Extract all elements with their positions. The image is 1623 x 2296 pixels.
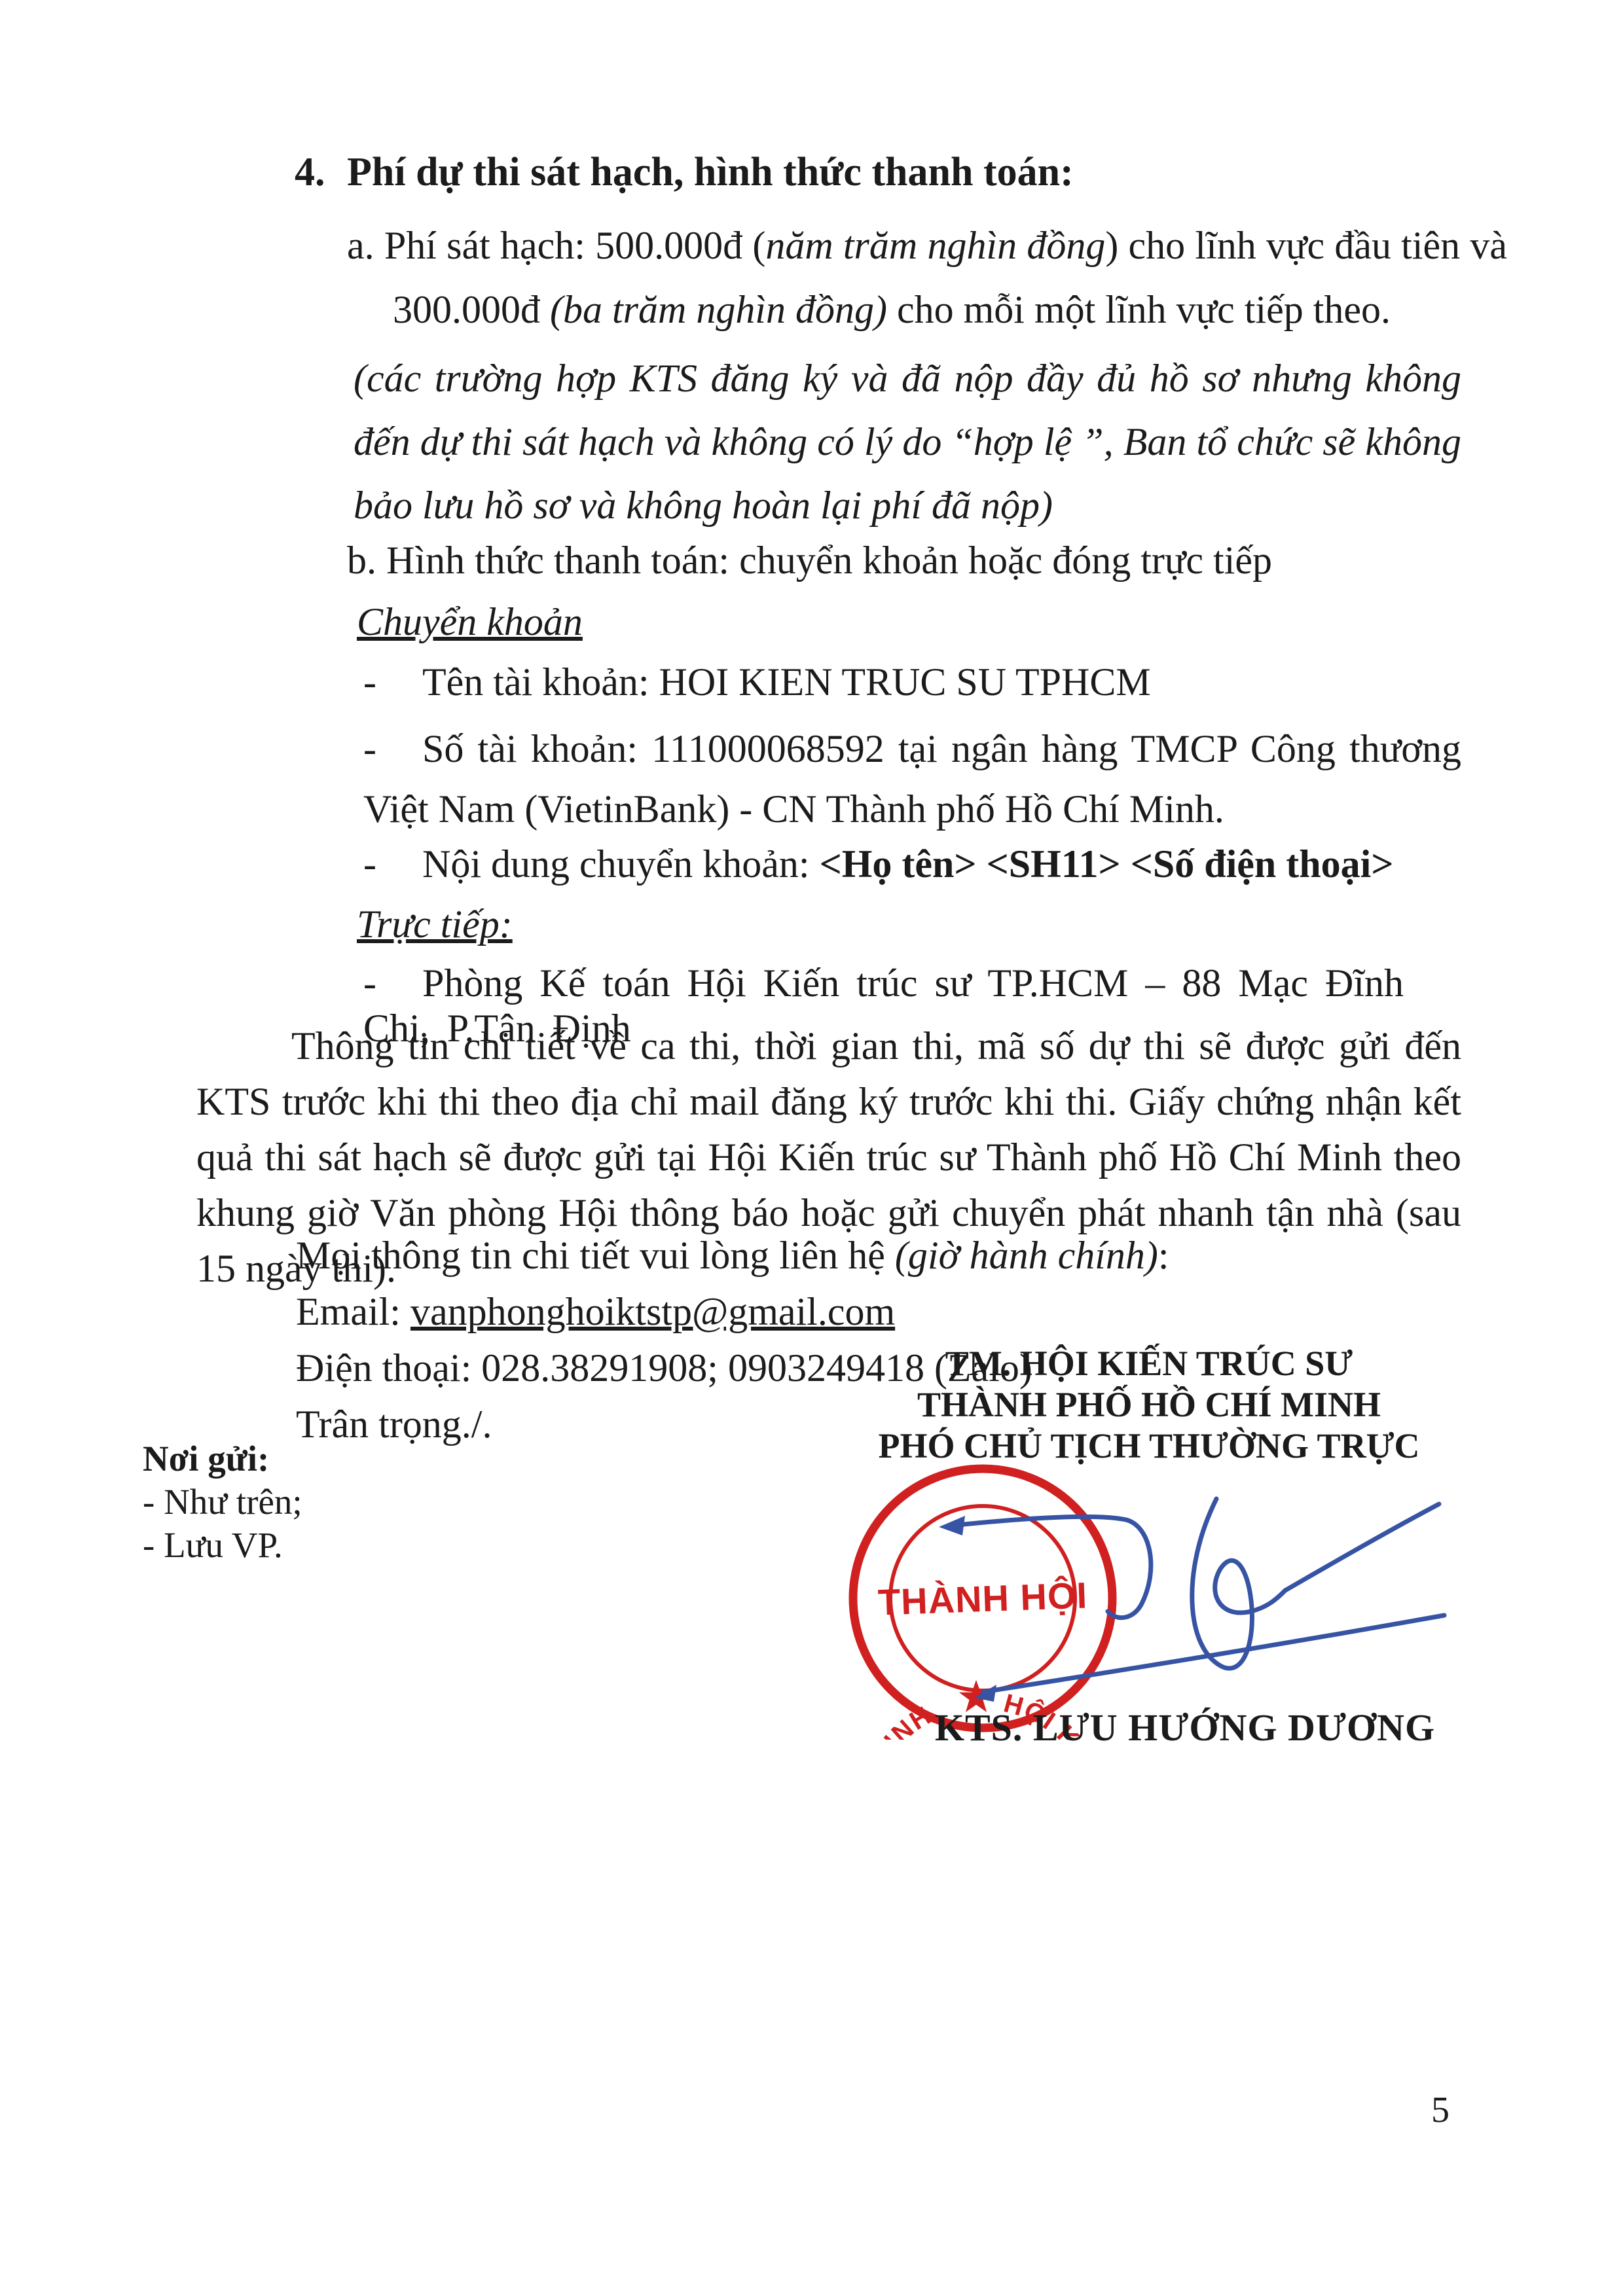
- official-stamp: HỘI KIẾN TRÚC SƯ THÀNH PHỐ HỒ CHÍ MINH T…: [841, 1457, 1124, 1740]
- text-segment: cho mỗi một lĩnh vực tiếp theo.: [887, 288, 1391, 331]
- dash-bullet: -: [363, 660, 422, 705]
- dash-bullet: -: [363, 961, 422, 1006]
- text-segment: Email:: [296, 1290, 410, 1333]
- dash-bullet: -: [363, 842, 422, 887]
- text-segment: <Họ tên> <SH11> <Số điện thoại>: [820, 842, 1394, 886]
- send-to-item: - Như trên;: [143, 1480, 302, 1524]
- email-link[interactable]: vanphonghoiktstp@gmail.com: [410, 1290, 895, 1333]
- text-segment: :: [1158, 1234, 1169, 1277]
- account-number-item: -Số tài khoản: 111000068592 tại ngân hàn…: [363, 719, 1461, 839]
- closing-line: Trân trọng./.: [296, 1402, 492, 1447]
- send-to-title: Nơi gửi:: [143, 1437, 302, 1480]
- transfer-content-item: -Nội dung chuyển khoản: <Họ tên> <SH11> …: [363, 842, 1461, 887]
- transfer-header: Chuyển khoản: [357, 600, 583, 645]
- page-number: 5: [1431, 2089, 1450, 2131]
- signature-stroke: [1192, 1499, 1285, 1668]
- text-segment: năm trăm nghìn đồng: [765, 224, 1105, 267]
- payment-item-b: b. Hình thức thanh toán: chuyển khoản ho…: [347, 538, 1493, 583]
- stamp-center-text: THÀNH HỘI: [877, 1574, 1088, 1623]
- send-to-block: Nơi gửi: - Như trên; - Lưu VP.: [143, 1437, 302, 1567]
- section-title: Phí dự thi sát hạch, hình thức thanh toá…: [347, 150, 1074, 194]
- contact-email-line: Email: vanphonghoiktstp@gmail.com: [296, 1289, 895, 1335]
- transfer-content-text: Nội dung chuyển khoản: <Họ tên> <SH11> <…: [422, 842, 1394, 886]
- signature-title-line-2: THÀNH PHỐ HỒ CHÍ MINH: [871, 1384, 1427, 1426]
- text-segment: (ba trăm nghìn đồng): [550, 288, 887, 331]
- account-number-text: Số tài khoản: 111000068592 tại ngân hàng…: [363, 727, 1461, 831]
- text-segment: Nội dung chuyển khoản:: [422, 842, 820, 886]
- section-heading: 4.Phí dự thi sát hạch, hình thức thanh t…: [295, 149, 1467, 196]
- signature-title-line-1: TM. HỘI KIẾN TRÚC SƯ: [871, 1343, 1427, 1384]
- signer-name: KTS. LƯU HƯỚNG DƯƠNG: [910, 1706, 1460, 1749]
- text-segment: a. Phí sát hạch: 500.000đ (: [347, 224, 765, 267]
- dash-bullet: -: [363, 719, 422, 779]
- signature-stroke: [1285, 1504, 1439, 1590]
- direct-header: Trực tiếp:: [357, 902, 513, 947]
- signature-title-block: TM. HỘI KIẾN TRÚC SƯ THÀNH PHỐ HỒ CHÍ MI…: [871, 1343, 1427, 1467]
- contact-lead: Mọi thông tin chi tiết vui lòng liên hệ …: [296, 1233, 1169, 1278]
- text-segment: (giờ hành chính): [895, 1234, 1158, 1277]
- section-number: 4.: [295, 149, 347, 196]
- send-to-item: - Lưu VP.: [143, 1524, 302, 1567]
- account-name-item: -Tên tài khoản: HOI KIEN TRUC SU TPHCM: [363, 660, 1461, 705]
- document-page: { "page": {"number": "5"}, "colors": {"i…: [0, 0, 1623, 2296]
- note-paragraph: (các trường hợp KTS đăng ký và đã nộp đầ…: [354, 347, 1461, 537]
- text-segment: Mọi thông tin chi tiết vui lòng liên hệ: [296, 1234, 895, 1277]
- fee-item-a: a. Phí sát hạch: 500.000đ (năm trăm nghì…: [347, 213, 1507, 342]
- account-name-text: Tên tài khoản: HOI KIEN TRUC SU TPHCM: [422, 660, 1151, 704]
